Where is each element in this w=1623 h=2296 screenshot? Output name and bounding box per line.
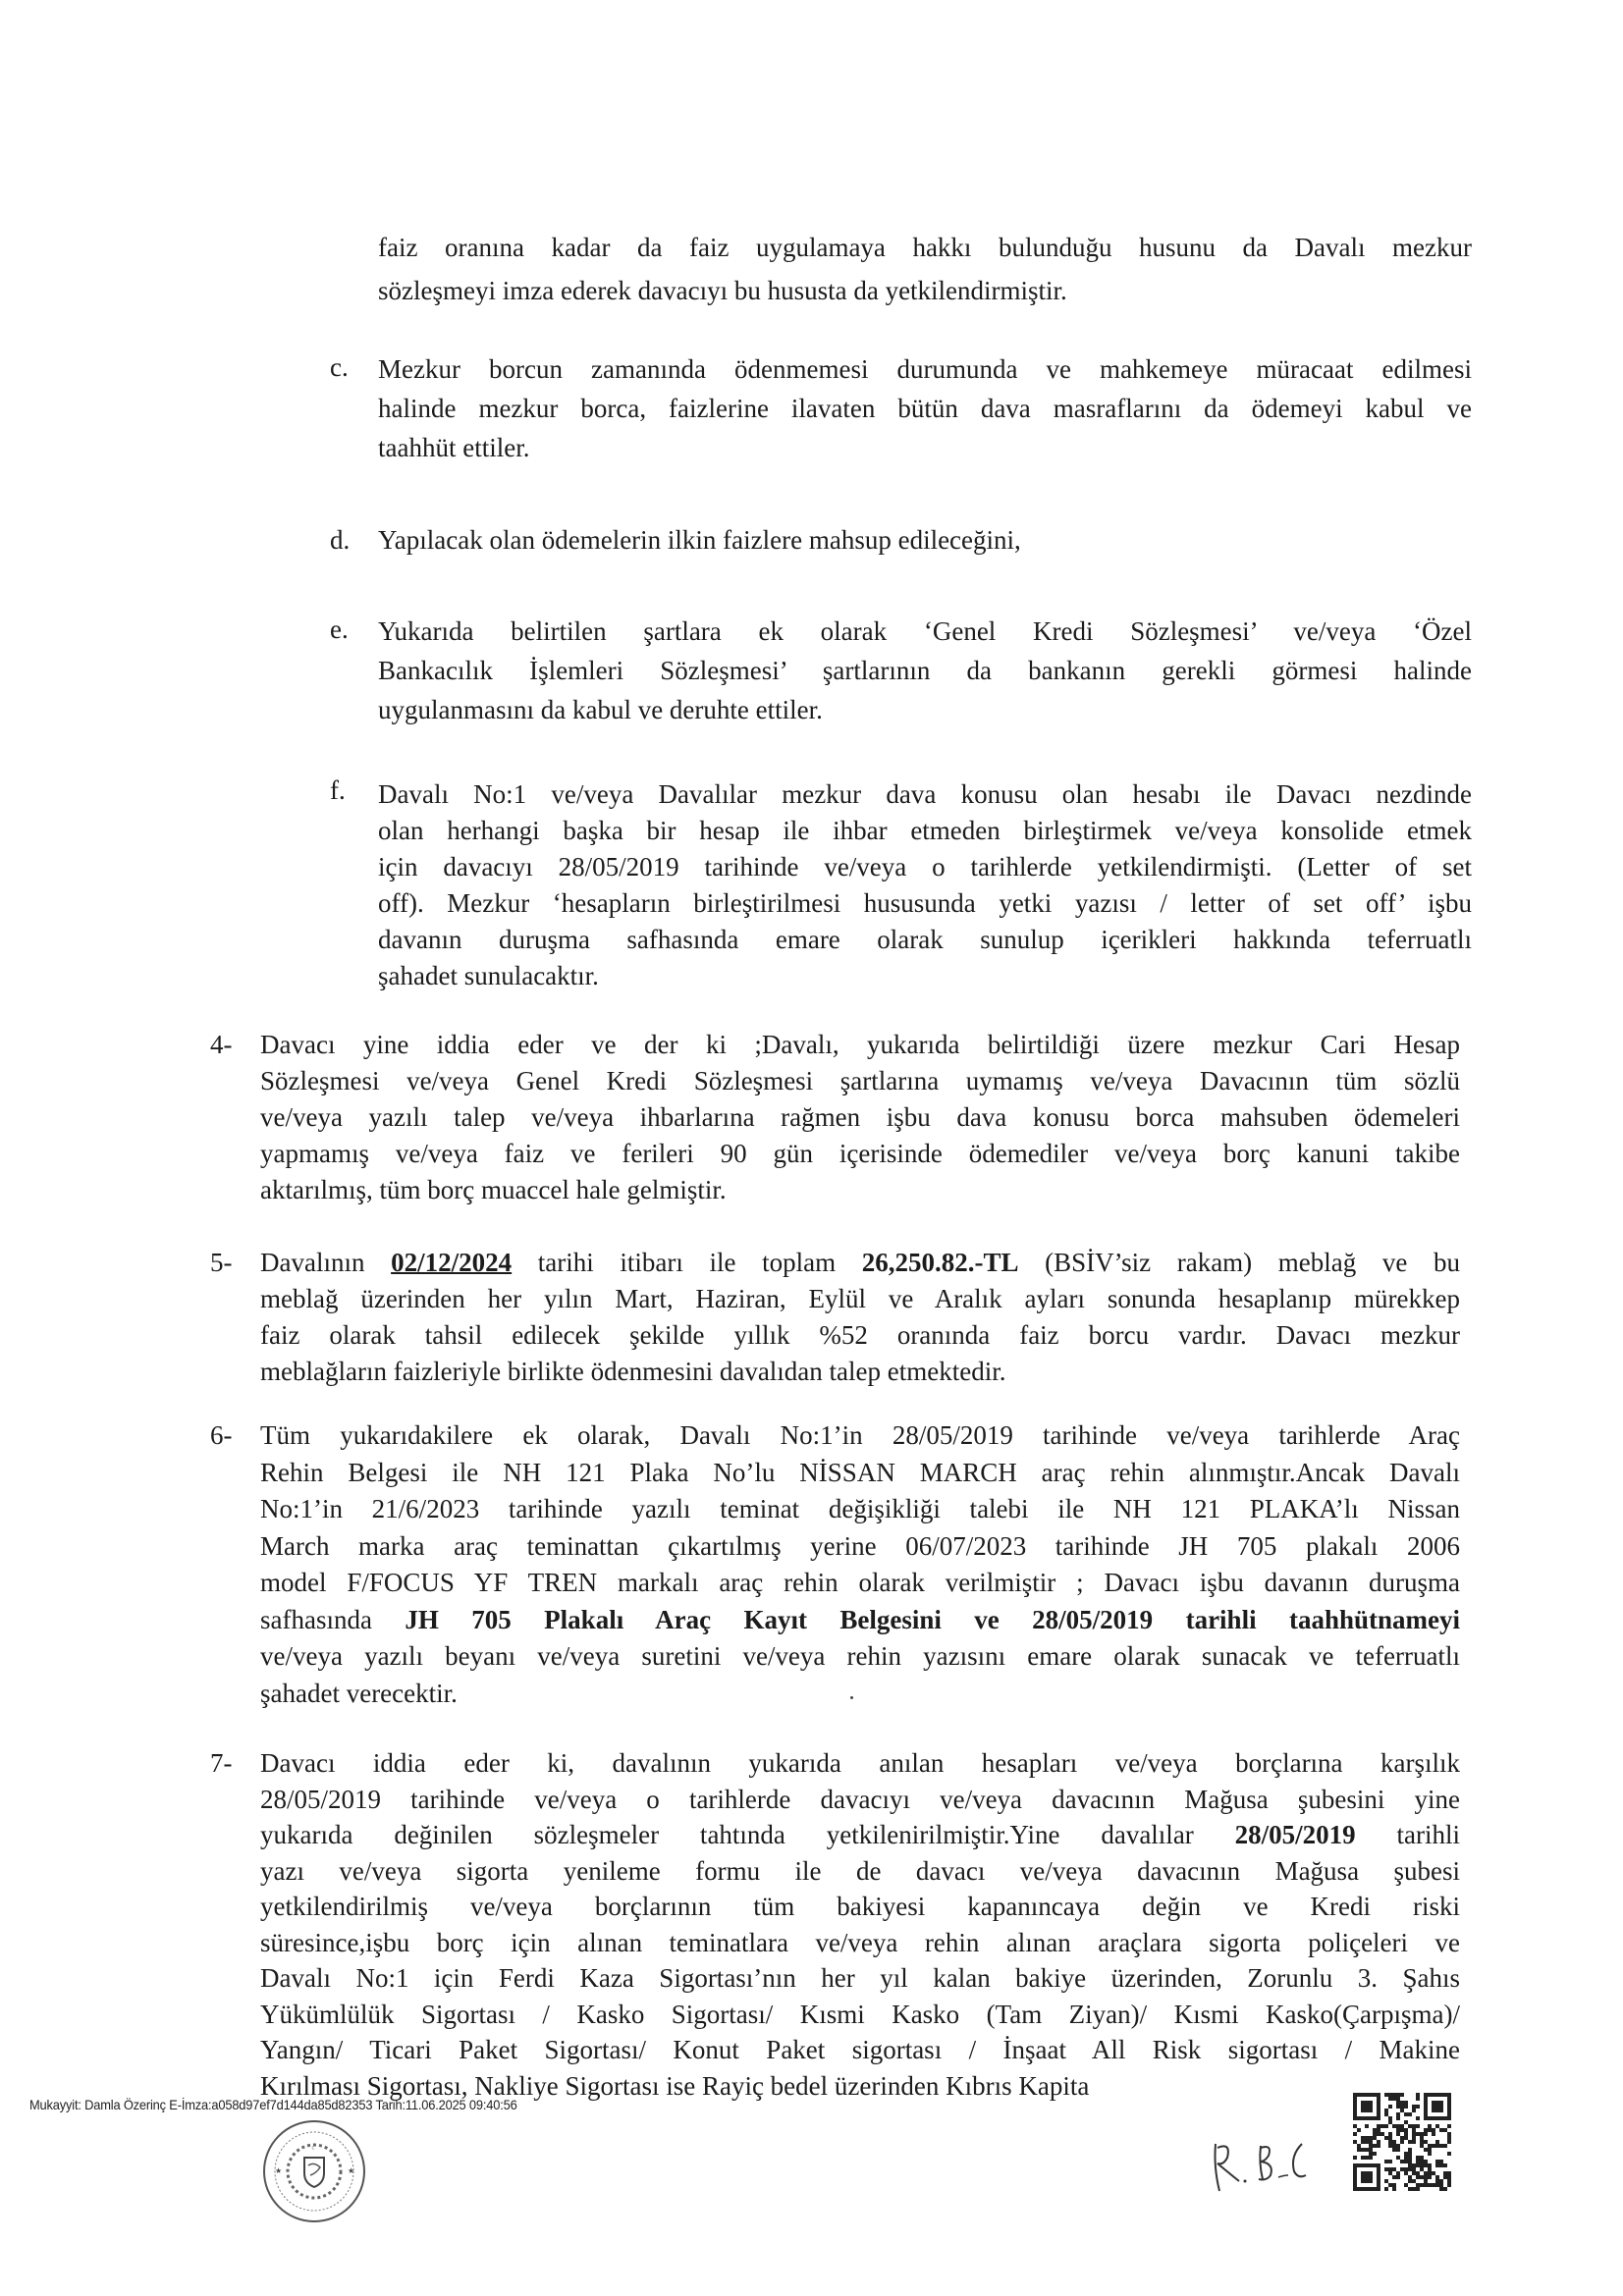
text-line: faiz olarak tahsil edilecek şekilde yıll… (260, 1317, 1460, 1354)
item-7: Davacı iddia eder ki, davalının yukarıda… (260, 1745, 1460, 2104)
text-line: için davacıyı 28/05/2019 tarihinde ve/ve… (378, 849, 1472, 885)
sub-item-label-c: c. (330, 349, 349, 386)
svg-text:☾: ☾ (311, 2145, 316, 2152)
text-line: taahhüt ettiler. (378, 428, 1472, 467)
text-line: Davalı No:1 ve/veya Davalılar mezkur dav… (378, 776, 1472, 813)
text-line: Davacı yine iddia eder ve der ki ;Davalı… (260, 1027, 1460, 1063)
text-fragment: Davalının (260, 1248, 391, 1277)
text-line: olan herhangi başka bir hesap ile ihbar … (378, 813, 1472, 849)
text-line: Davacı iddia eder ki, davalının yukarıda… (260, 1745, 1460, 1782)
text-line: şahadet verecektir. (260, 1676, 1460, 1713)
text-line: model F/FOCUS YF TREN markalı araç rehin… (260, 1565, 1460, 1602)
seal-emblem-icon: ★ ★ ☾ (265, 2122, 363, 2220)
text-line: faiz oranına kadar da faiz uygulamaya ha… (378, 230, 1472, 266)
text-line: yukarıda değinilen sözleşmeler tahtında … (260, 1817, 1460, 1853)
text-line: halinde mezkur borca, faizlerine ilavate… (378, 389, 1472, 428)
item-label-7: 7- (210, 1745, 233, 1782)
text-line: meblağ üzerinden her yılın Mart, Haziran… (260, 1281, 1460, 1317)
text-line: Sözleşmesi ve/veya Genel Kredi Sözleşmes… (260, 1063, 1460, 1099)
sub-item-d: Yapılacak olan ödemelerin ilkin faizlere… (378, 522, 1472, 559)
item-6: Tüm yukarıdakilere ek olarak, Davalı No:… (260, 1417, 1460, 1712)
text-line: off). Mezkur ‘hesapların birleştirilmesi… (378, 885, 1472, 922)
text-line: aktarılmış, tüm borç muaccel hale gelmiş… (260, 1172, 1460, 1208)
svg-text:★: ★ (275, 2166, 282, 2175)
text-line: Yükümlülük Sigortası / Kasko Sigortası/ … (260, 1997, 1460, 2033)
text-line: Davalının 02/12/2024 tarihi itibarı ile … (260, 1245, 1460, 1281)
text-line: Tüm yukarıdakilere ek olarak, Davalı No:… (260, 1417, 1460, 1455)
text-fragment: tarihli (1356, 1820, 1460, 1849)
text-line: yetkilendirilmiş ve/veya borçlarının tüm… (260, 1889, 1460, 1925)
item-label-5: 5- (210, 1245, 233, 1281)
item-label-4: 4- (210, 1027, 233, 1063)
text-line: 28/05/2019 tarihinde ve/veya o tarihlerd… (260, 1782, 1460, 1818)
text-line: Mezkur borcun zamanında ödenmemesi durum… (378, 349, 1472, 389)
sub-item-e: Yukarıda belirtilen şartlara ek olarak ‘… (378, 612, 1472, 729)
sub-item-label-e: e. (330, 612, 349, 648)
bold-date: 28/05/2019 (1235, 1820, 1356, 1849)
sub-item-c: Mezkur borcun zamanında ödenmemesi durum… (378, 349, 1472, 467)
text-fragment: (BSİV’siz rakam) meblağ ve bu (1018, 1248, 1460, 1277)
text-line: March marka araç teminattan çıkartılmış … (260, 1528, 1460, 1566)
text-line: ve/veya yazılı talep ve/veya ihbarlarına… (260, 1099, 1460, 1136)
underlined-date: 02/12/2024 (391, 1248, 512, 1277)
text-line: meblağların faizleriyle birlikte ödenmes… (260, 1354, 1460, 1390)
document-page: faiz oranına kadar da faiz uygulamaya ha… (0, 0, 1623, 2296)
svg-text:★: ★ (348, 2166, 354, 2175)
text-fragment: tarihi itibarı ile toplam (512, 1248, 862, 1277)
text-line: Yapılacak olan ödemelerin ilkin faizlere… (378, 522, 1472, 559)
item-label-6: 6- (210, 1417, 233, 1454)
text-line: Yukarıda belirtilen şartlara ek olarak ‘… (378, 612, 1472, 651)
sub-item-f: Davalı No:1 ve/veya Davalılar mezkur dav… (378, 776, 1472, 994)
sub-item-label-d: d. (330, 522, 350, 559)
bold-evidence-text: JH 705 Plakalı Araç Kayıt Belgesini ve 2… (405, 1605, 1460, 1634)
text-fragment: yukarıda değinilen sözleşmeler tahtında … (260, 1820, 1235, 1849)
qr-code-icon (1353, 2093, 1451, 2191)
scan-speck (850, 1696, 853, 1699)
text-line: Davalı No:1 için Ferdi Kaza Sigortası’nı… (260, 1960, 1460, 1997)
text-line: Bankacılık İşlemleri Sözleşmesi’ şartlar… (378, 651, 1472, 690)
text-line: safhasında JH 705 Plakalı Araç Kayıt Bel… (260, 1602, 1460, 1639)
handwritten-initials (1210, 2138, 1327, 2197)
text-line: davanın duruşma safhasında emare olarak … (378, 922, 1472, 958)
item-4: Davacı yine iddia eder ve der ki ;Davalı… (260, 1027, 1460, 1208)
continuation-paragraph: faiz oranına kadar da faiz uygulamaya ha… (378, 230, 1472, 309)
bold-amount: 26,250.82.-TL (862, 1248, 1019, 1277)
text-line: şahadet sunulacaktır. (378, 958, 1472, 994)
text-line: sözleşmeyi imza ederek davacıyı bu husus… (378, 273, 1472, 309)
e-signature-stamp: Mukayyit: Damla Özerinç E-İmza:a058d97ef… (29, 2097, 517, 2112)
court-seal: ★ ★ ☾ (263, 2120, 365, 2222)
text-line: süresince,işbu borç için alınan teminatl… (260, 1925, 1460, 1961)
text-fragment: safhasında (260, 1605, 405, 1634)
text-line: yapmamış ve/veya faiz ve ferileri 90 gün… (260, 1136, 1460, 1172)
text-line: Yangın/ Ticari Paket Sigortası/ Konut Pa… (260, 2032, 1460, 2068)
sub-item-label-f: f. (330, 773, 346, 809)
text-line: Rehin Belgesi ile NH 121 Plaka No’lu NİS… (260, 1455, 1460, 1492)
text-line: uygulanmasını da kabul ve deruhte ettile… (378, 690, 1472, 729)
text-line: yazı ve/veya sigorta yenileme formu ile … (260, 1853, 1460, 1890)
text-line: No:1’in 21/6/2023 tarihinde yazılı temin… (260, 1491, 1460, 1528)
item-5: Davalının 02/12/2024 tarihi itibarı ile … (260, 1245, 1460, 1390)
text-line: ve/veya yazılı beyanı ve/veya suretini v… (260, 1638, 1460, 1676)
